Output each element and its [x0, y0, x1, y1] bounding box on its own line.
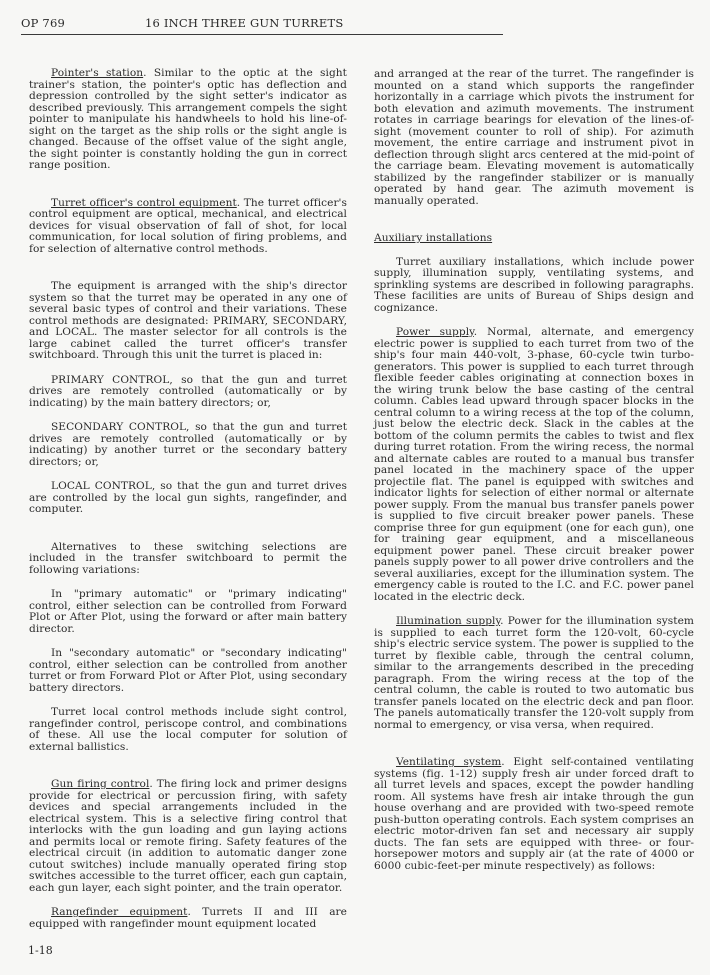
local-methods-paragraph: Turret local control methods include sig… [29, 707, 347, 753]
document-id: OP 769 [21, 16, 65, 30]
gun-firing-heading: Gun firing control [51, 778, 149, 790]
auxiliary-paragraph: Turret auxiliary installations, which in… [374, 257, 694, 315]
turret-officer-paragraph: Turret officer's control equipment. The … [29, 198, 347, 256]
running-title: 16 INCH THREE GUN TURRETS [145, 16, 343, 30]
pointers-station-heading: Pointer's station [51, 67, 143, 79]
rangefinder-paragraph: Rangefinder equipment. Turrets II and II… [29, 907, 347, 930]
page-number: 1-18 [28, 944, 53, 957]
left-column: Pointer's station. Similar to the optic … [29, 68, 347, 943]
rangefinder-continued-paragraph: and arranged at the rear of the turret. … [374, 69, 694, 207]
rangefinder-heading: Rangefinder equipment [51, 906, 187, 918]
header-rule [21, 34, 503, 35]
secondary-variation-paragraph: In "secondary automatic" or "secondary i… [29, 648, 347, 694]
ventilating-heading: Ventilating system [396, 756, 501, 768]
local-control-paragraph: LOCAL CONTROL, so that the gun and turre… [29, 481, 347, 516]
gun-firing-paragraph: Gun firing control. The firing lock and … [29, 779, 347, 894]
power-supply-paragraph: Power supply. Normal, alternate, and eme… [374, 327, 694, 603]
alternatives-paragraph: Alternatives to these switching selectio… [29, 542, 347, 577]
primary-control-paragraph: PRIMARY CONTROL, so that the gun and tur… [29, 375, 347, 410]
primary-variation-paragraph: In "primary automatic" or "primary indic… [29, 589, 347, 635]
power-supply-heading: Power supply [396, 326, 474, 338]
auxiliary-installations-heading: Auxiliary installations [374, 233, 694, 245]
illumination-paragraph: Illumination supply. Power for the illum… [374, 616, 694, 731]
illumination-heading: Illumination supply [396, 615, 500, 627]
turret-officer-heading: Turret officer's control equipment [51, 197, 237, 209]
pointers-station-paragraph: Pointer's station. Similar to the optic … [29, 68, 347, 172]
secondary-control-paragraph: SECONDARY CONTROL, so that the gun and t… [29, 422, 347, 468]
ventilating-paragraph: Ventilating system. Eight self-contained… [374, 757, 694, 872]
right-column: and arranged at the rear of the turret. … [374, 69, 694, 885]
equipment-arranged-paragraph: The equipment is arranged with the ship'… [29, 281, 347, 362]
